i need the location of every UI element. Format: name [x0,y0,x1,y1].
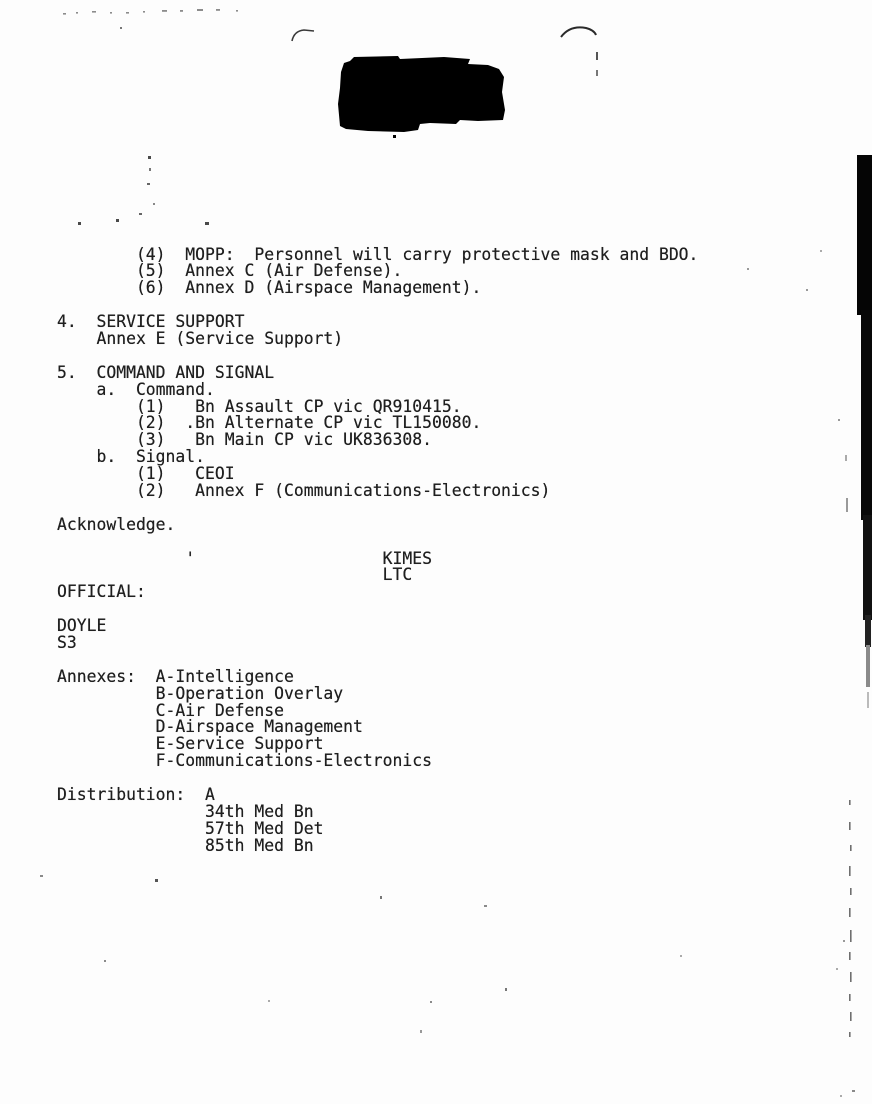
doc-line-signature: LTC [57,567,698,584]
doc-line-distribution: 85th Med Bn [57,838,698,855]
scan-speckles-bottom [40,875,682,1033]
doc-line-annex: B-Operation Overlay [57,686,698,703]
doc-line [57,601,698,618]
doc-line [57,534,698,551]
doc-line: Annex E (Service Support) [57,331,698,348]
doc-line: DOYLE [57,618,698,635]
doc-line: Acknowledge. [57,517,698,534]
document-text-block: (4) MOPP: Personnel will carry protectiv… [57,247,698,855]
pen-mark-right-squiggle [561,27,598,76]
redaction-block [338,56,505,138]
doc-line: a. Command. [57,382,698,399]
doc-line-annex: F-Communications-Electronics [57,753,698,770]
doc-line: (2) Annex F (Communications-Electronics) [57,483,698,500]
pen-mark-left-curl [292,30,314,41]
page-edge-shadow [845,155,872,708]
scan-dashed-edge-line [836,800,855,1097]
scanned-document-page: (4) MOPP: Personnel will carry protectiv… [0,0,872,1104]
doc-line: S3 [57,635,698,652]
scan-speckles-top [63,9,238,29]
doc-line: OFFICIAL: [57,584,698,601]
doc-line: (6) Annex D (Airspace Management). [57,280,698,297]
scan-speckles-right [747,250,840,421]
